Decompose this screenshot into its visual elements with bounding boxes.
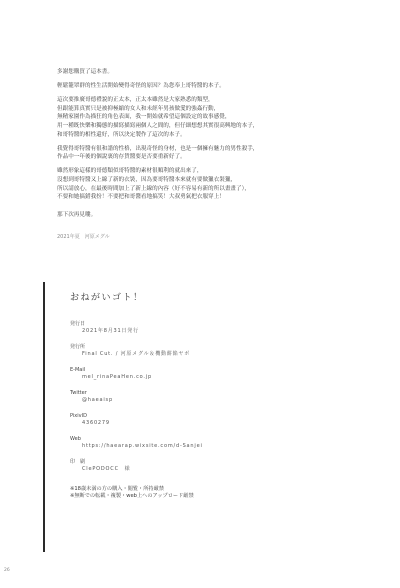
afterword-paragraph-2: 輕鬆籠罩群的性生活開始變得奇怪的原因？為您奉上哥特醬的本子。: [57, 82, 357, 91]
colophon-entry-publisher: 発行所 Final Cut. / 河原メグル＆機動餅餡ヤボ: [70, 344, 370, 358]
page-number: 26: [4, 568, 10, 573]
colophon-section: おねがいゴト！ 発行日 2021年8月31日発行 発行所 Final Cut. …: [70, 290, 370, 501]
afterword-paragraph-5: 雖然形象這樣的哥德類似哥特醬的素材很順利的就出來了， 沒想到哥特醬又上線了新的衣…: [57, 167, 357, 201]
entry-label: 発行所: [70, 344, 370, 351]
colophon-entry-printer: 印 刷 ClePODOCC 様: [70, 459, 370, 473]
afterword-credit: 2021年夏 河原メグル: [57, 233, 357, 240]
colophon-entry-pixiv: PixivID 4360279: [70, 413, 370, 427]
entry-value: 4360279: [70, 420, 370, 427]
entry-label: Web: [70, 436, 370, 443]
afterword-paragraph-1: 多謝您購買了這本書。: [57, 68, 357, 77]
afterword-paragraph-4: 我覺得哥特醬有很和諧的性格，出現奇怪的身材，也是一個擁有魅力的男性殺手， 作品中…: [57, 145, 357, 162]
colophon-divider: [43, 282, 45, 552]
entry-label: 発行日: [70, 321, 370, 328]
entry-label: Twitter: [70, 390, 370, 397]
note-copy-prohibited: ※無断での転載・複製・web上へのアップロード厳禁: [70, 493, 370, 500]
afterword-signoff: 那下次再見嘍。: [57, 210, 357, 218]
entry-value: https://haearap.wixsite.com/d-Sanjei: [70, 443, 370, 450]
colophon-entry-twitter: Twitter @haeaisp: [70, 390, 370, 404]
book-title: おねがいゴト！: [70, 290, 370, 303]
entry-label: E-Mail: [70, 367, 370, 374]
colophon-entry-web: Web https://haearap.wixsite.com/d-Sanjei: [70, 436, 370, 450]
entry-value: ClePODOCC 様: [70, 466, 370, 473]
entry-label: 印 刷: [70, 459, 370, 466]
entry-value: 2021年8月31日発行: [70, 328, 370, 335]
entry-value: @haeaisp: [70, 397, 370, 404]
entry-label: PixivID: [70, 413, 370, 420]
afterword-section: 多謝您購買了這本書。 輕鬆籠罩群的性生活開始變得奇怪的原因？為您奉上哥特醬的本子…: [57, 68, 357, 240]
afterword-paragraph-3: 這次要推廣哥德禮貌的正太本，正太本雖然是大家熟悉的類型， 但跟能算真實只是被抑極…: [57, 96, 357, 139]
colophon-entry-date: 発行日 2021年8月31日発行: [70, 321, 370, 335]
entry-value: mel_rinaPeaHen.co.jp: [70, 374, 370, 381]
colophon-notes: ※18歳未満の方の購入・閲覧・所持厳禁 ※無断での転載・複製・web上へのアップ…: [70, 486, 370, 501]
entry-value: Final Cut. / 河原メグル＆機動餅餡ヤボ: [70, 351, 370, 358]
colophon-entry-email: E-Mail mel_rinaPeaHen.co.jp: [70, 367, 370, 381]
